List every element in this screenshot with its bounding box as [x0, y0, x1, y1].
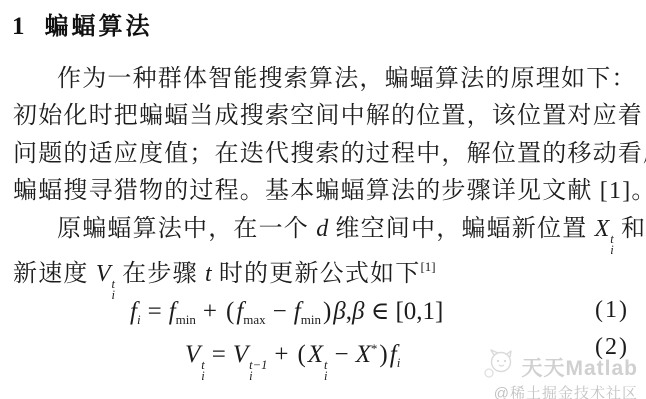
text-run: 原蝙蝠算法中，在一个: [57, 216, 316, 242]
supsub-v-prev: t−1i: [249, 360, 267, 382]
equals-sign: =: [212, 341, 226, 368]
heading-number: 1: [12, 13, 25, 41]
math-var-d: d: [316, 216, 328, 242]
plus-sign: +: [274, 341, 288, 368]
math-var-f: f: [169, 298, 176, 325]
text-run: 和: [614, 216, 646, 242]
text-run: 新速度: [13, 261, 96, 287]
paragraph2-line1: 原蝙蝠算法中，在一个 d 维空间中，蝙蝠新位置 Xti 和: [57, 214, 646, 256]
plus-sign: +: [203, 298, 217, 325]
supsub-x: ti: [324, 360, 327, 382]
paragraph1-line1: 作为一种群体智能搜索算法，蝙蝠算法的原理如下：: [57, 64, 637, 94]
paragraph1-line4: 蝙蝠搜寻猎物的过程。基本蝙蝠算法的步骤详见文献 [1]。: [13, 176, 646, 206]
open-paren: (: [297, 341, 305, 368]
math-var-x-star: X: [356, 341, 371, 368]
math-var-f: f: [294, 298, 301, 325]
equals-sign: =: [148, 298, 162, 325]
cat-face-icon: [482, 349, 516, 384]
math-var-f: f: [390, 341, 397, 368]
equation-1: fi=fmin+(fmax−fmin)β,β ∈ [0,1]: [130, 296, 443, 336]
membership-symbol: ∈: [364, 298, 395, 325]
paragraph1-line3: 问题的适应度值；在迭代搜索的过程中，解位置的移动看成: [13, 139, 646, 169]
text-run: 维空间中，蝙蝠新位置: [328, 216, 594, 242]
paragraph2-line2: 新速度 Vti 在步骤 t 时的更新公式如下[1]: [13, 252, 436, 301]
math-var-v: V: [185, 341, 200, 368]
minus-sign: −: [335, 341, 349, 368]
page-container: 1 蝙蝠算法 作为一种群体智能搜索算法，蝙蝠算法的原理如下： 初始化时把蝙蝠当成…: [0, 0, 646, 399]
math-var-x: X: [595, 216, 610, 242]
minus-sign: −: [273, 298, 287, 325]
watermark: 天天Matlab @稀土掘金技术社区: [482, 349, 638, 399]
text-run: 时的更新公式如下: [212, 261, 421, 287]
open-paren: (: [226, 298, 234, 325]
math-var-t: t: [205, 261, 212, 287]
math-var-f: f: [130, 298, 137, 325]
watermark-brand: 天天Matlab: [521, 352, 638, 382]
math-var-beta: β: [352, 298, 364, 325]
watermark-handle: @稀土掘金技术社区: [494, 382, 638, 399]
paragraph1-line2: 初始化时把蝙蝠当成搜索空间中解的位置，该位置对应着: [13, 101, 643, 131]
supsub-v: ti: [201, 360, 204, 382]
equation-2: Vti=Vt−1i+(Xti−X*)fi: [185, 333, 400, 382]
close-paren: ): [379, 341, 387, 368]
math-var-v: V: [96, 261, 111, 287]
math-var-v: V: [233, 341, 248, 368]
equation-1-number: (1): [595, 297, 629, 324]
citation-superscript: [1]: [420, 259, 435, 274]
interval: [0,1]: [395, 298, 443, 325]
close-paren: ): [323, 298, 331, 325]
math-var-x: X: [308, 341, 323, 368]
section-heading: 1 蝙蝠算法: [12, 6, 153, 41]
watermark-brand-row: 天天Matlab: [482, 349, 638, 384]
star-superscript: *: [371, 341, 378, 356]
text-run: 在步骤: [115, 261, 205, 287]
math-var-beta: β: [333, 298, 345, 325]
heading-title: 蝙蝠算法: [45, 6, 153, 41]
